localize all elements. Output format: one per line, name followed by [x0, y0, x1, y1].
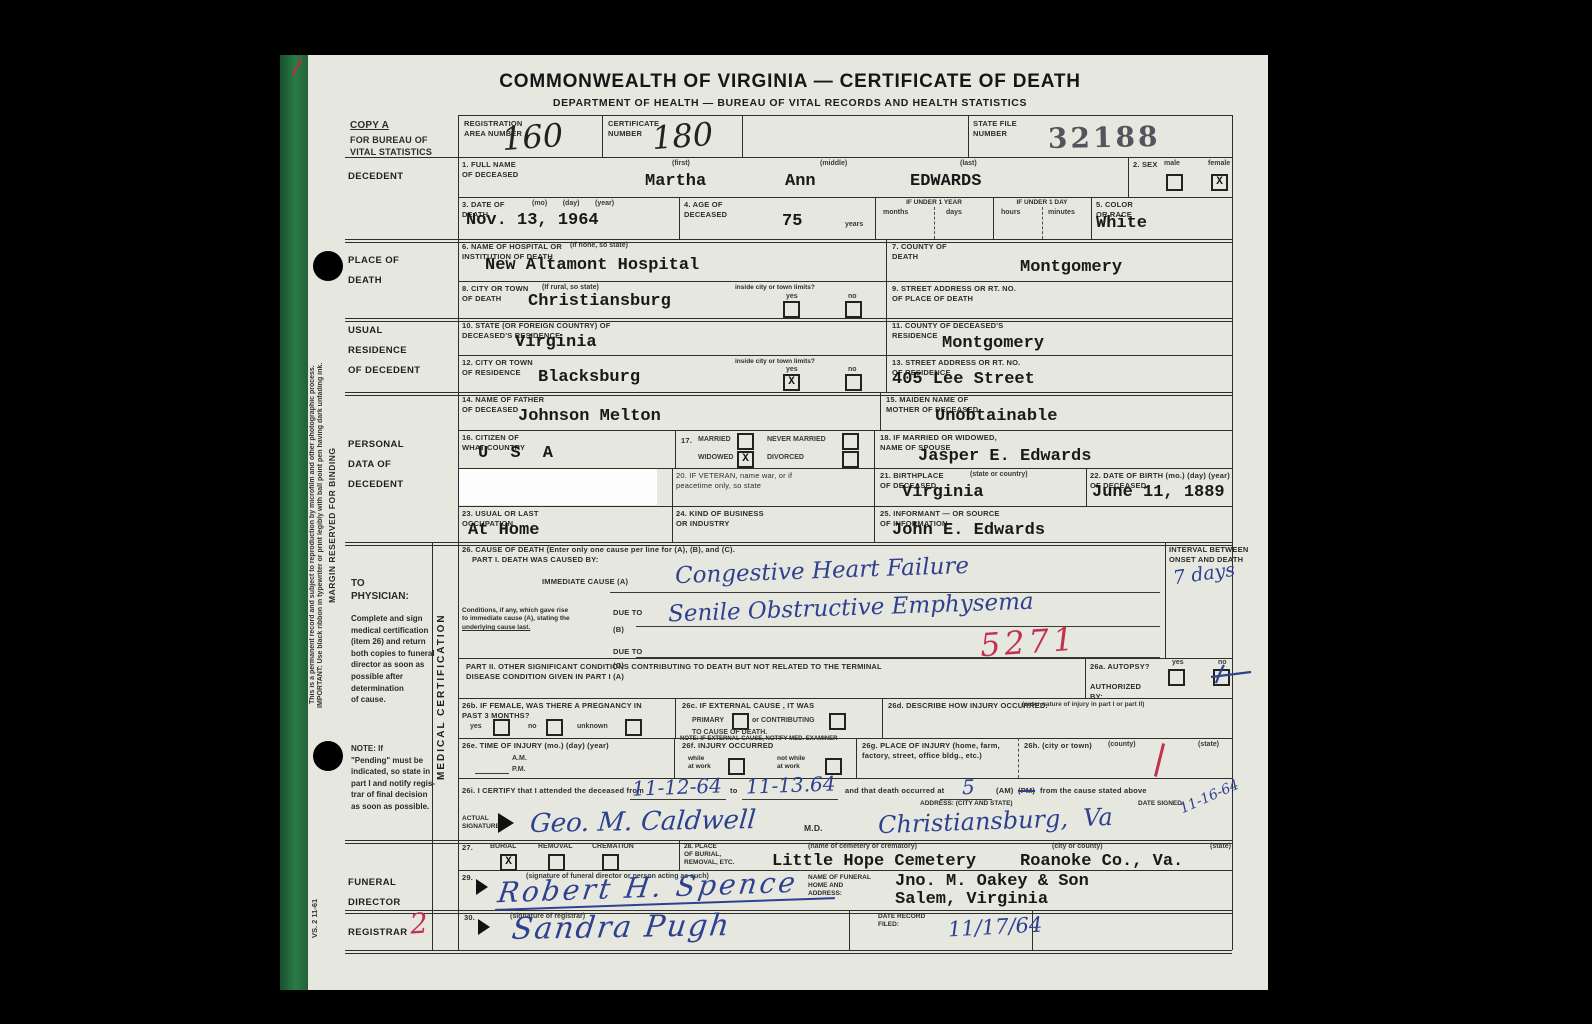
minutes-caption: minutes	[1048, 209, 1075, 217]
pregnancy-yes-caption: yes	[470, 723, 482, 731]
days-caption: days	[946, 209, 962, 217]
registration-area-value: 160	[501, 116, 565, 158]
cemetery-caption: (name of cemetery or crematory)	[808, 843, 917, 851]
field29-label: 29.	[462, 873, 473, 883]
married-caption: MARRIED	[698, 436, 731, 444]
name-middle-value: Ann	[785, 173, 816, 192]
city-limits-yes-checkbox-1	[783, 301, 800, 318]
contributing-checkbox	[829, 713, 846, 730]
section-place-of-death: PLACE OF DEATH	[348, 251, 399, 291]
pm-suffix-struck: (PM)	[1018, 786, 1035, 796]
field26f-label: 26f. INJURY OCCURRED	[682, 741, 774, 751]
field26e-label: 26e. TIME OF INJURY (mo.) (day) (year)	[462, 741, 609, 751]
field28-label: 28. PLACE OF BURIAL, REMOVAL, ETC.	[684, 843, 734, 867]
field4-label: 4. AGE OF DECEASED	[684, 200, 727, 220]
field26b-label: 26b. IF FEMALE, WAS THERE A PREGNANCY IN…	[462, 701, 642, 721]
copy-a-label: COPY A	[350, 119, 389, 132]
physician-address-value: Christiansburg, Va	[878, 803, 1114, 839]
form-code: VS. 2 11-61	[310, 883, 319, 953]
autopsy-no-pen-mark	[1208, 663, 1254, 687]
field9-label: 9. STREET ADDRESS OR RT. NO. OF PLACE OF…	[892, 284, 1016, 304]
red-code-value: 5271	[979, 620, 1079, 665]
field26-heading2: PART I. DEATH WAS CAUSED BY:	[472, 555, 598, 565]
field26g-label: 26g. PLACE OF INJURY (home, farm, factor…	[862, 741, 1000, 761]
sex-female-checkbox: X	[1211, 174, 1228, 191]
pregnancy-yes-checkbox	[493, 719, 510, 736]
am-suffix: (AM)	[996, 786, 1013, 796]
date-of-death-value: Nov. 13, 1964	[466, 212, 599, 231]
field7-label: 7. COUNTY OF DEATH	[892, 242, 947, 262]
margin-important-line2: This is a permanent record and subject t…	[309, 155, 316, 915]
conditions-note: Conditions, if any, which gave rise to i…	[462, 607, 570, 623]
burial-checkbox: X	[500, 854, 517, 871]
field26-heading1: 26. CAUSE OF DEATH (Enter only one cause…	[462, 545, 735, 555]
cremation-checkbox	[602, 854, 619, 871]
registrar-arrow-icon	[478, 919, 490, 935]
widowed-checkbox: X	[737, 451, 754, 468]
under-1-year-label: IF UNDER 1 YEAR	[875, 199, 993, 207]
state-file-label: STATE FILE NUMBER	[973, 119, 1017, 139]
director-arrow-icon	[476, 879, 488, 895]
female-caption: female	[1208, 160, 1230, 168]
attended-from-value: 11-12-64	[632, 773, 723, 800]
field24-label: 24. KIND OF BUSINESS OR INDUSTRY	[676, 509, 764, 529]
funeral-home-name-value: Jno. M. Oakey & Son	[895, 873, 1089, 892]
years-caption: years	[845, 221, 863, 229]
city-limits-no-checkbox-2	[845, 374, 862, 391]
male-caption: male	[1164, 160, 1180, 168]
autopsy-yes-caption: yes	[1172, 659, 1184, 667]
occupation-value: At Home	[468, 522, 539, 541]
section-decedent: DECEDENT	[348, 167, 403, 187]
md-label: M.D.	[804, 823, 823, 834]
while-at-work-caption: while at work	[688, 755, 711, 771]
to-physician-note: NOTE: If "Pending" must be indicated, so…	[351, 743, 447, 813]
cause-a-value: Congestive Heart Failure	[675, 553, 970, 589]
cause-b-value: Senile Obstructive Emphysema	[668, 589, 1034, 628]
death-hour-value: 5	[962, 775, 976, 799]
field30-label: 30.	[464, 913, 475, 923]
date-of-birth-value: June 11, 1889	[1092, 484, 1225, 503]
field1-label: 1. FULL NAME OF DECEASED	[462, 160, 518, 180]
state-file-number-stamp: 32188	[1048, 120, 1161, 155]
name-first-value: Martha	[645, 173, 706, 192]
attended-to-value: 11-13.64	[746, 771, 836, 798]
authorized-by-label: AUTHORIZED BY:	[1090, 682, 1141, 702]
informant-value: John E. Edwards	[892, 522, 1045, 541]
father-name-value: Johnson Melton	[518, 408, 661, 427]
actual-signature-label: ACTUAL SIGNATURE	[462, 815, 500, 831]
pregnancy-no-caption: no	[528, 723, 537, 731]
pregnancy-unknown-checkbox	[625, 719, 642, 736]
residence-city-value: Blacksburg	[538, 369, 640, 388]
signature-arrow-icon	[498, 813, 514, 833]
months-caption: months	[883, 209, 908, 217]
citizen-value: U S A	[478, 445, 559, 464]
binding-strip	[280, 55, 308, 990]
cemetery-value: Little Hope Cemetery	[772, 853, 976, 872]
immediate-cause-label: IMMEDIATE CAUSE (A)	[542, 577, 628, 587]
sex-male-checkbox	[1166, 174, 1183, 191]
field26a-label: 26a. AUTOPSY?	[1090, 662, 1150, 672]
residence-state-value: Virginia	[515, 334, 597, 353]
field2-label: 2. SEX	[1133, 160, 1158, 170]
county-caption: (county)	[1108, 741, 1136, 749]
field12-label: 12. CITY OR TOWN OF RESIDENCE	[462, 358, 533, 378]
spouse-value: Jasper E. Edwards	[918, 448, 1091, 467]
county-of-death-value: Montgomery	[1020, 259, 1122, 278]
field20-label: 20. IF VETERAN, name war, or if peacetim…	[676, 471, 792, 491]
funeral-home-label: NAME OF FUNERAL HOME AND ADDRESS:	[808, 874, 871, 898]
first-caption: (first)	[672, 160, 690, 168]
city-limits-no-checkbox-1	[845, 301, 862, 318]
due-to-label-b: DUE TO	[613, 608, 642, 618]
burial-caption: BURIAL	[490, 843, 516, 851]
removal-caption: REMOVAL	[538, 843, 572, 851]
field21-caption: (state or country)	[970, 471, 1028, 479]
field27-label: 27.	[462, 843, 473, 853]
last-caption: (last)	[960, 160, 977, 168]
not-while-at-work-caption: not while at work	[777, 755, 805, 771]
removal-checkbox	[548, 854, 565, 871]
autopsy-yes-checkbox	[1168, 669, 1185, 686]
part2-text: PART II. OTHER SIGNIFICANT CONDITIONS CO…	[466, 662, 882, 682]
redaction-box	[459, 469, 657, 505]
limits-caption-2: inside city or town limits?	[735, 358, 815, 366]
hours-caption: hours	[1001, 209, 1020, 217]
age-value: 75	[782, 213, 802, 232]
date-record-filed-label: DATE RECORD FILED:	[878, 913, 925, 929]
never-married-checkbox	[842, 433, 859, 450]
registrar-signature: Sandra Pugh	[510, 908, 733, 947]
funeral-home-city-value: Salem, Virginia	[895, 891, 1048, 910]
state-caption: (state)	[1198, 741, 1219, 749]
to-physician-title: TO PHYSICIAN:	[351, 577, 409, 603]
margin-binding-title: MARGIN RESERVED FOR BINDING	[327, 175, 337, 875]
cemetery-county-value: Roanoke Co., Va.	[1020, 853, 1183, 872]
name-last-value: EDWARDS	[910, 173, 981, 192]
city-limits-yes-checkbox-2: X	[783, 374, 800, 391]
margin-important-line1: IMPORTANT: Use black ribbon in typewrite…	[317, 155, 324, 915]
city-county-caption: (city or county)	[1052, 843, 1103, 851]
field26d-caption: (enter nature of injury in part I or par…	[1022, 701, 1144, 709]
residence-county-value: Montgomery	[942, 335, 1044, 354]
contributing-caption: or CONTRIBUTING	[752, 717, 815, 725]
due-to-label-c: DUE TO	[613, 647, 642, 657]
state-caption-2: (state)	[1210, 843, 1231, 851]
copy-for-label: FOR BUREAU OF VITAL STATISTICS	[350, 135, 432, 158]
field26h-label: 26h. (city or town)	[1024, 741, 1092, 751]
city-of-death-value: Christiansburg	[528, 293, 671, 312]
never-married-caption: NEVER MARRIED	[767, 436, 826, 444]
registrar-red-mark: 2	[409, 906, 429, 940]
to-word: to	[730, 786, 737, 796]
residence-street-value: 405 Lee Street	[892, 371, 1035, 390]
field17-label: 17.	[681, 436, 692, 446]
certificate-subtitle: DEPARTMENT OF HEALTH — BUREAU OF VITAL R…	[345, 97, 1235, 109]
field26i-mid: and that death occurred at	[845, 786, 944, 796]
b-label: (B)	[613, 625, 624, 635]
section-registrar: REGISTRAR	[348, 923, 408, 943]
field6-caption: (If none, so state)	[570, 242, 628, 250]
field8-label: 8. CITY OR TOWN OF DEATH	[462, 284, 528, 304]
cremation-caption: CREMATION	[592, 843, 634, 851]
birthplace-value: Virginia	[902, 484, 984, 503]
field26c-label: 26c. IF EXTERNAL CAUSE , IT WAS	[682, 701, 814, 711]
certificate-number-value: 180	[651, 115, 715, 157]
widowed-caption: WIDOWED	[698, 454, 733, 462]
pm-caption: P.M.	[512, 766, 526, 774]
section-medical-certification: MEDICAL CERTIFICATION	[436, 553, 447, 841]
date-record-filed-value: 11/17/64	[947, 913, 1042, 942]
section-personal-data: PERSONAL DATA OF DECEDENT	[348, 435, 404, 495]
field3-captions: (mo) (day) (year)	[532, 200, 614, 208]
certificate-title: COMMONWEALTH OF VIRGINIA — CERTIFICATE O…	[345, 71, 1235, 93]
divorced-caption: DIVORCED	[767, 454, 804, 462]
pregnancy-no-checkbox	[546, 719, 563, 736]
primary-caption: PRIMARY	[692, 717, 724, 725]
limits-caption-1: inside city or town limits?	[735, 284, 815, 292]
primary-checkbox	[732, 713, 749, 730]
color-race-value: White	[1096, 215, 1147, 234]
conditions-note-underlined: underlying cause last.	[462, 624, 530, 632]
divorced-checkbox	[842, 451, 859, 468]
mother-name-value: Unobtainable	[935, 408, 1057, 427]
under-1-day-label: IF UNDER 1 DAY	[993, 199, 1091, 207]
field26i-prefix: 26i. I CERTIFY that I attended the decea…	[462, 786, 644, 796]
middle-caption: (middle)	[820, 160, 847, 168]
red-slash-mark	[1154, 743, 1165, 777]
while-at-work-checkbox	[728, 758, 745, 775]
pregnancy-unknown-caption: unknown	[577, 723, 608, 731]
section-funeral-director: FUNERAL DIRECTOR	[348, 873, 401, 913]
married-checkbox	[737, 433, 754, 450]
field26i-rest: from the cause stated above	[1040, 786, 1147, 796]
physician-signature: Geo. M. Caldwell	[529, 805, 757, 839]
am-caption: A.M.	[512, 755, 527, 763]
hospital-value: New Altamont Hospital	[485, 257, 699, 276]
to-physician-body: Complete and sign medical certification …	[351, 613, 443, 706]
scanned-death-certificate: MARGIN RESERVED FOR BINDING IMPORTANT: U…	[0, 0, 1592, 1024]
certificate-paper: MARGIN RESERVED FOR BINDING IMPORTANT: U…	[280, 55, 1268, 990]
section-usual-residence: USUAL RESIDENCE OF DECEDENT	[348, 321, 421, 381]
